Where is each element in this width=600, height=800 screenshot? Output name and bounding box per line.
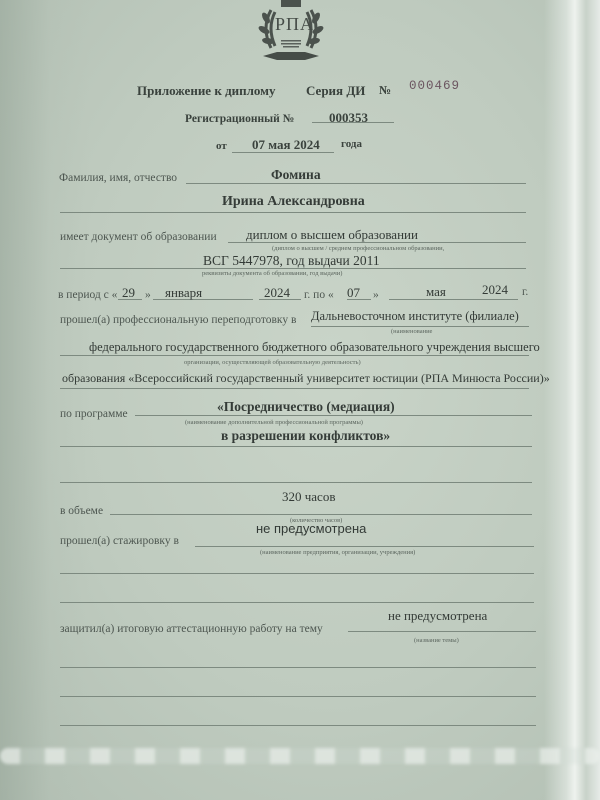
edu-doc-label: имеет документ об образовании [60, 231, 217, 243]
thesis-label: защитил(а) итоговую аттестационную работ… [60, 623, 323, 635]
thesis-value: не предусмотрена [388, 608, 487, 624]
laurel-wreath-crown-emblem-icon: РПА [253, 0, 329, 66]
program-line-1: «Посредничество (медиация) [217, 399, 395, 415]
serial-number: 000469 [409, 79, 460, 93]
thesis-caption: (название темы) [414, 637, 459, 644]
edu-doc-caption: (диплом о высшем / среднем профессиональ… [272, 245, 444, 252]
volume-value: 320 часов [282, 489, 335, 505]
period-quote-close-2: » [373, 289, 379, 301]
program-caption: (наименование дополнительной профессиона… [185, 419, 363, 426]
number-label: № [379, 83, 391, 98]
period-to-year: 2024 [482, 282, 508, 298]
date-prefix: от [216, 140, 227, 152]
reg-number-value: 000353 [329, 110, 368, 126]
period-to-month: мая [426, 284, 446, 300]
org-line-1: Дальневосточном институте (филиале) [311, 309, 519, 324]
security-wave-pattern [0, 748, 600, 764]
org-line-3: образования «Всероссийский государственн… [62, 371, 550, 386]
name-patronymic-value: Ирина Александровна [222, 194, 365, 210]
period-from-month: января [165, 285, 202, 301]
volume-label: в объеме [60, 505, 103, 517]
period-prefix: в период с « [58, 289, 117, 301]
fio-label: Фамилия, имя, отчество [59, 172, 177, 184]
internship-caption: (наименование предприятия, организации, … [260, 549, 415, 556]
edu-doc-details-caption: реквизиты документа об образовании, год … [202, 270, 342, 277]
period-quote-close-1: » [145, 289, 151, 301]
period-from-day: 29 [122, 285, 135, 301]
emblem-letters: РПА [275, 14, 314, 35]
edu-doc-details: ВСГ 5447978, год выдачи 2011 [203, 253, 380, 269]
period-from-year: 2024 [264, 285, 290, 301]
edu-doc-value: диплом о высшем образовании [246, 227, 418, 243]
date-suffix: года [341, 138, 362, 150]
org-caption-2: организации, осуществляющей образователь… [184, 359, 361, 366]
surname-value: Фомина [271, 167, 321, 183]
period-suffix: г. [522, 286, 528, 298]
internship-value: не предусмотрена [256, 521, 366, 536]
retraining-label: прошел(а) профессиональную переподготовк… [60, 314, 296, 326]
period-mid: г. по « [304, 289, 334, 301]
program-line-2: в разрешении конфликтов» [221, 428, 390, 444]
document-title: Приложение к диплому [137, 83, 276, 99]
period-to-day: 07 [347, 285, 360, 301]
page-edge [544, 0, 600, 800]
program-label: по программе [60, 408, 128, 420]
org-line-2: федерального государственного бюджетного… [89, 340, 540, 355]
internship-label: прошел(а) стажировку в [60, 535, 179, 547]
reg-number-label: Регистрационный № [185, 113, 294, 125]
org-caption-1: (наименование [391, 328, 432, 335]
issue-date: 07 мая 2024 [252, 137, 320, 153]
series-label: Серия ДИ [306, 83, 365, 99]
